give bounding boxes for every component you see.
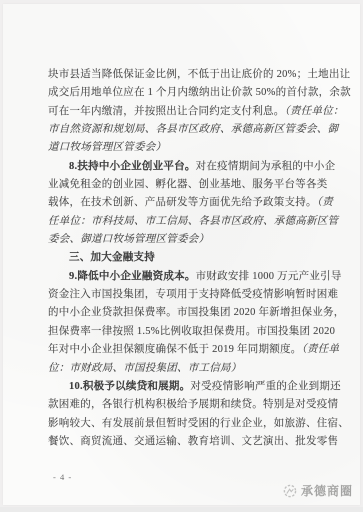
watermark: 承德商圈 [283,482,353,499]
text-line: 业减免租金的创业园、孵化器、创业基地、服务平台等各类 [48,176,323,194]
text-segment-regular: 块市县适当降低保证金比例，不低于出让底价的 20%；土地出让 [48,69,350,80]
text-line: 资金注入市国投集团，专项用于支持降低受疫情影响暂时困难 [48,286,323,304]
text-segment-regular: 餐饮、商贸流通、交通运输、教育培训、文艺演出、批发零售 [48,436,338,447]
text-line: 8.扶持中小企业创业平台。对在疫情期间为承租的中小企 [48,158,323,176]
text-line: 9.降低中小企业融资成本。市财政安排 1000 万元产业引导 [48,268,323,286]
page-bottom-edge [0,507,363,512]
text-segment-kaiti: 位：市财政局、市国投集团、市工信局） [48,363,242,374]
text-line: 影响较大、有发展前景但暂时受困的行业企业，如旅游、住宿、 [48,415,323,433]
text-segment-regular: 载体，在技术创新、产品研发等方面优先给予政策支持。 [48,197,317,208]
text-segment-regular: 年对中小企业担保额度确保不低于 2019 年同期额度。 [48,344,302,355]
text-segment-regular: 的中小企业贷款担保费率。市国投集团 2020 年新增担保业务， [48,307,345,318]
text-line: 10.积极予以续贷和展期。对受疫情影响严重的企业到期还 [48,378,323,396]
text-segment-kaiti: 任单位：市科技局、市工信局、各县市区政府、承德高新区管 [48,216,338,227]
text-segment-regular: 资金注入市国投集团，专项用于支持降低受疫情影响暂时困难 [48,289,338,300]
text-segment-bold: 8.扶持中小企业创业平台。 [69,161,196,172]
watermark-label: 承德商圈 [301,482,353,499]
text-line: 块市县适当降低保证金比例，不低于出让底价的 20%；土地出让 [48,66,323,84]
document-body: 块市县适当降低保证金比例，不低于出让底价的 20%；土地出让成交后用地单位应在 … [48,66,323,451]
text-line: 位：市财政局、市国投集团、市工信局） [48,360,323,378]
text-segment-kaiti: 市自然资源和规划局、各县市区政府、承德高新区管委会、御 [48,124,338,135]
text-segment-regular: 担保费率一律按照 1.5%比例收取担保费用。市国投集团 2020 [48,326,335,337]
text-line: 委会、御道口牧场管理区管委会） [48,231,323,249]
text-segment-kaiti: 委会、御道口牧场管理区管委会） [48,234,209,245]
text-segment-kaiti: （责任单 [302,344,340,355]
text-line: 可在一年内缴清，并按照出让合同约定支付利息。（责任单位： [48,103,323,121]
text-segment-regular: 对受疫情影响严重的企业到期还 [190,381,341,392]
text-line: 载体，在技术创新、产品研发等方面优先给予政策支持。（责 [48,194,323,212]
document-paper: 块市县适当降低保证金比例，不低于出让底价的 20%；土地出让成交后用地单位应在 … [3,4,360,505]
stamp-icon [283,484,297,498]
text-segment-regular: 市财政安排 1000 万元产业引导 [196,271,342,282]
text-segment-regular: 业减免租金的创业园、孵化器、创业基地、服务平台等各类 [48,179,328,190]
text-line: 道口牧场管理区管委会） [48,139,323,157]
page-number: - 4 - [53,472,72,482]
text-segment-regular: 影响较大、有发展前景但暂时受困的行业企业，如旅游、住宿、 [48,418,349,429]
scanned-document-page: 块市县适当降低保证金比例，不低于出让底价的 20%；土地出让成交后用地单位应在 … [0,0,363,512]
text-segment-regular: 成交后用地单位应在 1 个月内缴纳出让价款 50%的首付款，余款 [48,87,351,98]
text-line: 三、加大金融支持 [48,249,323,267]
text-line: 市自然资源和规划局、各县市区政府、承德高新区管委会、御 [48,121,323,139]
text-line: 担保费率一律按照 1.5%比例收取担保费用。市国投集团 2020 [48,323,323,341]
text-segment-bold: 三、加大金融支持 [69,252,155,263]
text-line: 餐饮、商贸流通、交通运输、教育培训、文艺演出、批发零售 [48,433,323,451]
text-line: 成交后用地单位应在 1 个月内缴纳出让价款 50%的首付款，余款 [48,84,323,102]
text-line: 年对中小企业担保额度确保不低于 2019 年同期额度。（责任单 [48,341,323,359]
text-line: 的中小企业贷款担保费率。市国投集团 2020 年新增担保业务， [48,304,323,322]
text-segment-regular: 对在疫情期间为承租的中小企 [196,161,336,172]
text-segment-regular: 款困难的，各银行机构积极给予展期和续贷。特别是对受疫情 [48,399,338,410]
text-segment-regular: 可在一年内缴清，并按照出让合同约定支付利息。 [48,106,285,117]
text-segment-kaiti: （责任单位： [285,106,344,117]
text-segment-kaiti: 道口牧场管理区管委会） [48,142,166,153]
text-segment-bold: 10.积极予以续贷和展期。 [69,381,190,392]
text-line: 款困难的，各银行机构积极给予展期和续贷。特别是对受疫情 [48,396,323,414]
text-segment-kaiti: （责 [317,197,333,208]
text-line: 任单位：市科技局、市工信局、各县市区政府、承德高新区管 [48,213,323,231]
text-segment-bold: 9.降低中小企业融资成本。 [69,271,196,282]
